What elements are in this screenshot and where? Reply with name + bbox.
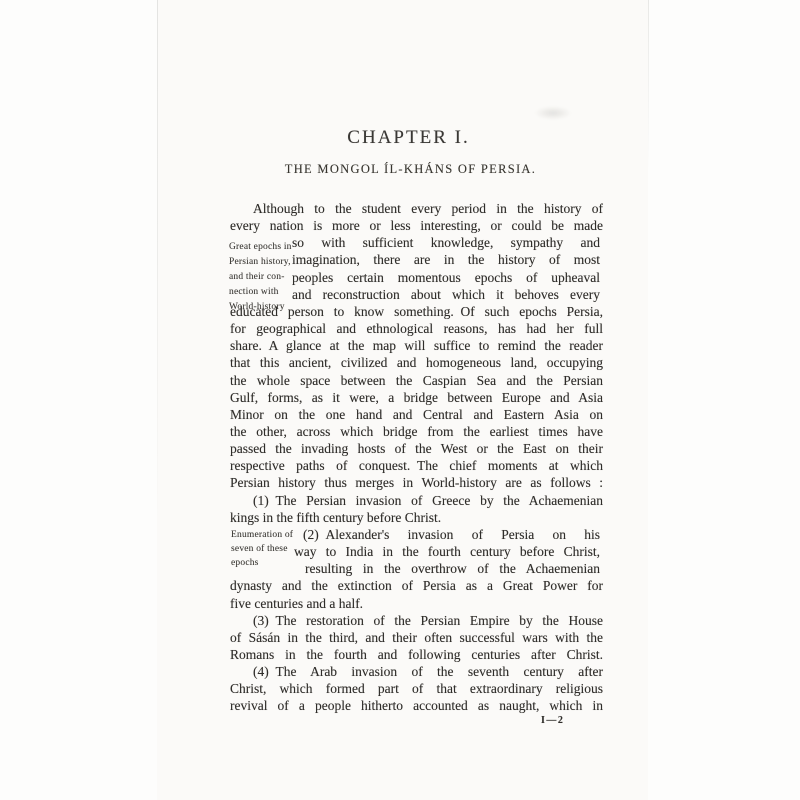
body-line: five centuries and a half. — [230, 595, 603, 612]
body-line: Romans in the fourth and following centu… — [230, 646, 603, 663]
body-line: the other, across which bridge from the … — [230, 423, 603, 440]
body-line: every nation is more or less interesting… — [230, 217, 603, 234]
scan-smudge — [534, 106, 572, 120]
body-line: revival of a people hitherto accounted a… — [230, 697, 603, 714]
body-line: (2) Alexander's invasion of Persia on hi… — [303, 526, 600, 543]
body-line: the whole space between the Caspian Sea … — [230, 372, 603, 389]
body-line: imagination, there are in the history of… — [292, 251, 600, 268]
body-line: Gulf, forms, as it were, a bridge betwee… — [230, 389, 603, 406]
body-line: resulting in the overthrow of the Achaem… — [305, 560, 600, 577]
body-line: Christ, which formed part of that extrao… — [230, 680, 603, 697]
body-line: kings in the fifth century before Christ… — [230, 509, 603, 526]
body-line: and reconstruction about which it behove… — [292, 286, 600, 303]
body-line: (4) The Arab invasion of the seventh cen… — [253, 663, 603, 680]
body-line: of Sásán in the third, and their often s… — [230, 629, 603, 646]
page-left-edge — [157, 0, 158, 520]
body-line: (1) The Persian invasion of Greece by th… — [253, 492, 603, 509]
chapter-title: CHAPTER I. — [222, 127, 595, 148]
body-line: (3) The restoration of the Persian Empir… — [253, 612, 603, 629]
body-line: Minor on the one hand and Central and Ea… — [230, 406, 603, 423]
chapter-subtitle: THE MONGOL ÍL-KHÁNS OF PERSIA. — [224, 162, 597, 177]
body-line: way to India in the fourth century befor… — [294, 543, 600, 560]
body-line: educated person to know something. Of su… — [230, 303, 603, 320]
body-line: passed the invading hosts of the West or… — [230, 440, 603, 457]
body-line: Persian history thus merges in World-his… — [230, 474, 603, 491]
body-line: so with sufficient knowledge, sympathy a… — [292, 234, 600, 251]
body-line: share. A glance at the map will suffice … — [230, 337, 603, 354]
body-line: that this ancient, civilized and homogen… — [230, 354, 603, 371]
sidenote-line: Enumeration of — [231, 528, 309, 542]
body-line: dynasty and the extinction of Persia as … — [230, 577, 603, 594]
page-signature: I—2 — [541, 715, 564, 726]
body-line: for geographical and ethnological reason… — [230, 320, 603, 337]
body-line: respective paths of conquest. The chief … — [230, 457, 603, 474]
body-line: peoples certain momentous epochs of uphe… — [292, 269, 600, 286]
page-right-edge — [648, 0, 649, 170]
body-line: Although to the student every period in … — [253, 200, 603, 217]
